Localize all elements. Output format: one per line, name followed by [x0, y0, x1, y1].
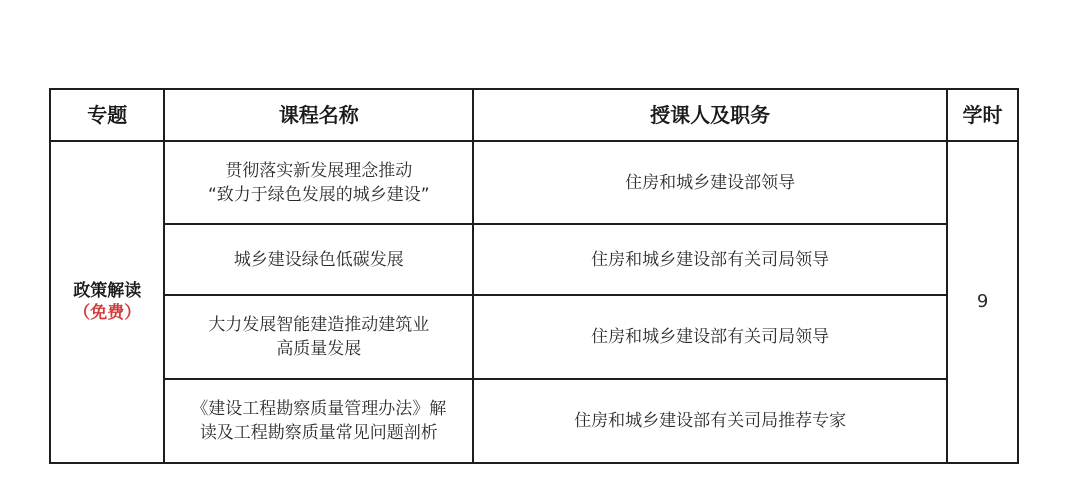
course-name-cell: 贯彻落实新发展理念推动 “致力于绿色发展的城乡建设” — [164, 141, 473, 224]
topic-cell: 政策解读 （免费） — [50, 141, 164, 463]
table-row: 《建设工程勘察质量管理办法》解 读及工程勘察质量常见问题剖析 住房和城乡建设部有… — [50, 379, 1018, 463]
lecturer-cell: 住房和城乡建设部领导 — [473, 141, 947, 224]
course-name-line: 读及工程勘察质量常见问题剖析 — [169, 421, 468, 445]
course-name-cell: 《建设工程勘察质量管理办法》解 读及工程勘察质量常见问题剖析 — [164, 379, 473, 463]
lecturer-cell: 住房和城乡建设部有关司局领导 — [473, 295, 947, 379]
course-name-cell: 城乡建设绿色低碳发展 — [164, 224, 473, 295]
lecturer-cell: 住房和城乡建设部有关司局领导 — [473, 224, 947, 295]
table-row: 大力发展智能建造推动建筑业 高质量发展 住房和城乡建设部有关司局领导 — [50, 295, 1018, 379]
topic-label: 政策解读 — [55, 280, 159, 302]
course-name-cell: 大力发展智能建造推动建筑业 高质量发展 — [164, 295, 473, 379]
header-course-name: 课程名称 — [164, 89, 473, 141]
course-name-line: 大力发展智能建造推动建筑业 — [169, 313, 468, 337]
lecturer-cell: 住房和城乡建设部有关司局推荐专家 — [473, 379, 947, 463]
header-lecturer: 授课人及职务 — [473, 89, 947, 141]
course-name-line: 贯彻落实新发展理念推动 — [169, 159, 468, 183]
hours-cell: 9 — [947, 141, 1018, 463]
course-name-line: 高质量发展 — [169, 337, 468, 361]
course-name-line: “致力于绿色发展的城乡建设” — [169, 183, 468, 207]
course-table: 专题 课程名称 授课人及职务 学时 政策解读 （免费） 贯彻落实新发展理念推动 … — [49, 88, 1019, 464]
header-topic: 专题 — [50, 89, 164, 141]
table-row: 城乡建设绿色低碳发展 住房和城乡建设部有关司局领导 — [50, 224, 1018, 295]
table-row: 政策解读 （免费） 贯彻落实新发展理念推动 “致力于绿色发展的城乡建设” 住房和… — [50, 141, 1018, 224]
course-name-line: 城乡建设绿色低碳发展 — [169, 248, 468, 272]
header-row: 专题 课程名称 授课人及职务 学时 — [50, 89, 1018, 141]
course-name-line: 《建设工程勘察质量管理办法》解 — [169, 397, 468, 421]
free-badge: （免费） — [55, 302, 159, 324]
header-hours: 学时 — [947, 89, 1018, 141]
